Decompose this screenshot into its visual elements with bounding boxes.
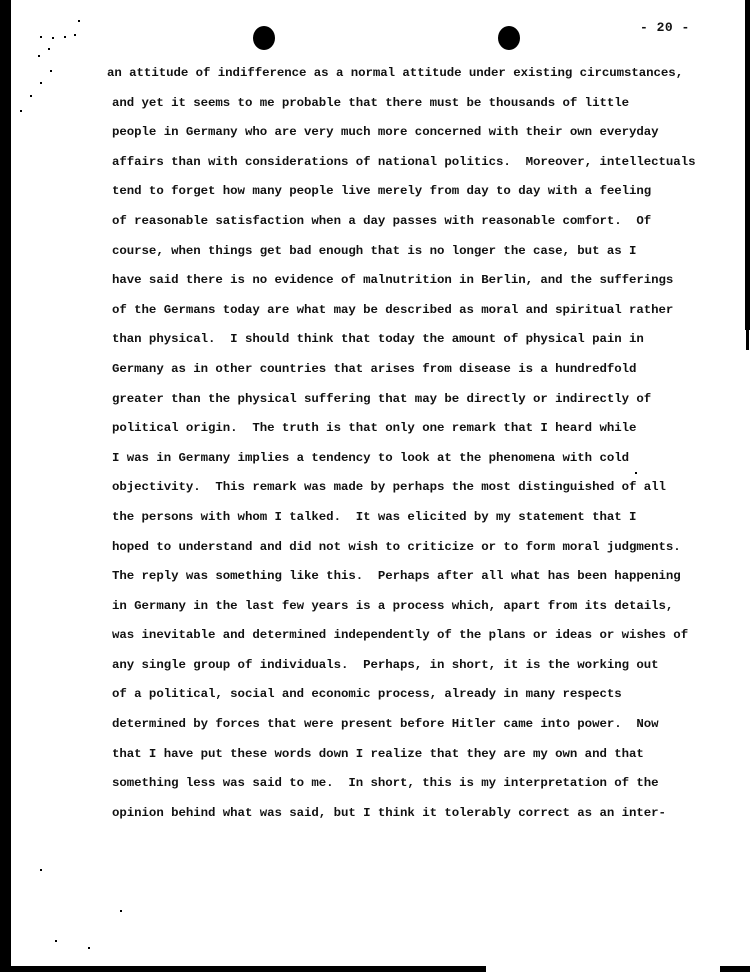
text-line: any single group of individuals. Perhaps…: [112, 655, 712, 685]
text-line: something less was said to me. In short,…: [112, 773, 712, 803]
page-number: - 20 -: [640, 20, 690, 35]
text-line: was inevitable and determined independen…: [112, 625, 712, 655]
text-line: have said there is no evidence of malnut…: [112, 270, 712, 300]
text-line: opinion behind what was said, but I thin…: [112, 803, 712, 833]
text-line: Germany as in other countries that arise…: [112, 359, 712, 389]
text-line: of the Germans today are what may be des…: [112, 300, 712, 330]
text-line: in Germany in the last few years is a pr…: [112, 596, 712, 626]
text-line: political origin. The truth is that only…: [112, 418, 712, 448]
text-line: of reasonable satisfaction when a day pa…: [112, 211, 712, 241]
text-line: tend to forget how many people live mere…: [112, 181, 712, 211]
punch-hole-right: [498, 26, 520, 50]
text-line: hoped to understand and did not wish to …: [112, 537, 712, 567]
scan-bottom-border-right: [720, 966, 750, 972]
scan-left-border: [0, 0, 11, 972]
text-line: and yet it seems to me probable that the…: [112, 93, 712, 123]
scan-right-border-fragment: [746, 330, 749, 350]
text-line: greater than the physical suffering that…: [112, 389, 712, 419]
punch-hole-left: [253, 26, 275, 50]
scan-bottom-border: [11, 966, 486, 972]
text-line: people in Germany who are very much more…: [112, 122, 712, 152]
text-line: that I have put these words down I reali…: [112, 744, 712, 774]
text-line: of a political, social and economic proc…: [112, 684, 712, 714]
text-line: affairs than with considerations of nati…: [112, 152, 712, 182]
text-line: objectivity. This remark was made by per…: [112, 477, 712, 507]
text-line: than physical. I should think that today…: [112, 329, 712, 359]
text-line: I was in Germany implies a tendency to l…: [112, 448, 712, 478]
document-body: an attitude of indifference as a normal …: [112, 63, 712, 832]
text-line: the persons with whom I talked. It was e…: [112, 507, 712, 537]
text-line: course, when things get bad enough that …: [112, 241, 712, 271]
scan-right-border: [745, 0, 750, 330]
text-line: The reply was something like this. Perha…: [112, 566, 712, 596]
text-line: an attitude of indifference as a normal …: [107, 63, 712, 93]
text-line: determined by forces that were present b…: [112, 714, 712, 744]
